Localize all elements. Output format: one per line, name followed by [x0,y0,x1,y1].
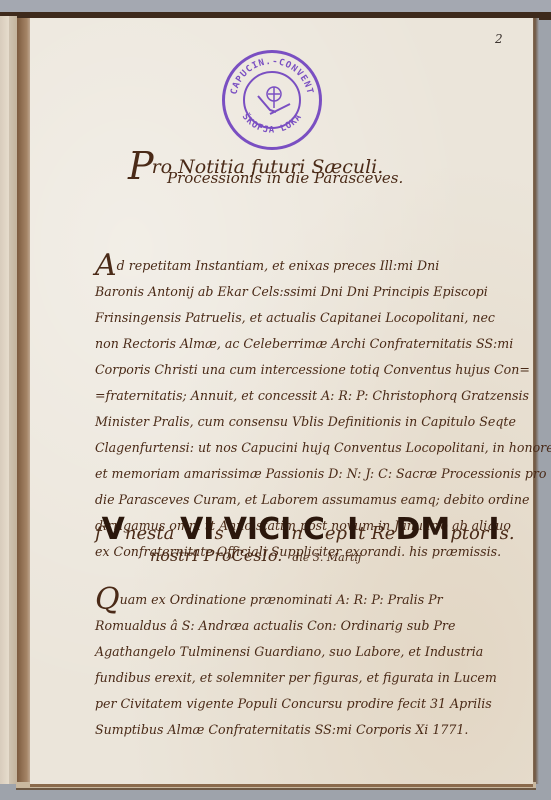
text-line: Frinsingensis Patruelis, et actualis Cap… [95,305,551,331]
text-line: Sumptibus Almæ Confraternitatis SS:mi Co… [95,717,497,743]
folio-number: 2 [495,32,503,46]
chronogram-numeral: I [347,512,358,547]
chronogram-segment: s [214,523,223,544]
chronogram-numeral: VIC [224,512,280,547]
chronogram-segment: ep [325,523,347,544]
text-line: Romualdus â S: Andræa actualis Con: Ordi… [95,613,497,639]
chronogram-numeral: I [488,512,499,547]
stamp-inner-circle [243,71,301,129]
chronogram-segment: f [95,523,102,544]
chronogram-line-2: nostrI ProCesIo.die 3. Martij [150,546,361,565]
chronogram-segment: n [291,523,303,544]
chronogram-numeral: V [102,512,125,547]
chronogram-numeral: DM [395,512,450,547]
drop-initial: A [95,248,117,283]
heading-initial: P [128,144,154,188]
text-line: non Rectoris Almæ, ac Celeberrimæ Archi … [95,331,551,357]
chronogram-segment: ptor [450,523,488,544]
text-line: et memoriam amarissimæ Passionis D: N: J… [95,461,551,487]
heading-line-2: Processionis in die Parasceves. [167,169,403,187]
text-line: Agathangelo Tulminensi Guardiano, suo La… [95,639,497,665]
chronogram-segment: s. [500,523,515,544]
text-line: =fraternitatis; Annuit, et concessit A: … [95,383,551,409]
previous-page-edge-inner [9,16,17,784]
paragraph-2: Quam ex Ordinatione prænominati A: R: P:… [95,582,497,743]
chronogram-numeral: I [280,512,291,547]
drop-initial: Q [95,582,120,617]
chronogram-numeral: VI [180,512,214,547]
chronogram-date: die 3. Martij [292,551,361,564]
text-line-content: uam ex Ordinatione prænominati A: R: P: … [120,592,443,607]
text-line-content: d repetitam Instantiam, et enixas preces… [117,258,440,273]
chronogram-numeral: C [303,512,325,547]
chronogram-segment: t Re [358,523,395,544]
photo-backdrop [0,0,551,12]
text-line: Minister Pralis, cum consensu Vblis Defi… [95,409,551,435]
text-line: Baronis Antonij ab Ekar Cels:ssimi Dni D… [95,279,551,305]
chronogram-line-2-text: nostrI ProCesIo. [150,546,282,565]
franciscan-emblem-icon [254,82,294,122]
previous-page-edge [0,16,9,784]
text-line: Clagenfurtensi: ut nos Capucini hujq Con… [95,435,551,461]
text-line: Quam ex Ordinatione prænominati A: R: P:… [95,582,497,613]
text-line: per Civitatem vigente Populi Concursu pr… [95,691,497,717]
chronogram-segment: nesta [125,523,180,544]
text-line: Ad repetitam Instantiam, et enixas prece… [95,248,551,279]
text-line: fundibus erexit, et solemniter per figur… [95,665,497,691]
chronogram: fVnesta VIsVICInCepIt ReDMptorIs. nostrI… [95,508,515,556]
text-line: Corporis Christi una cum intercessione t… [95,357,551,383]
capuchin-convent-stamp: CAPUCIN.-CONVENT ŠKOFJA LOKA [222,50,322,150]
